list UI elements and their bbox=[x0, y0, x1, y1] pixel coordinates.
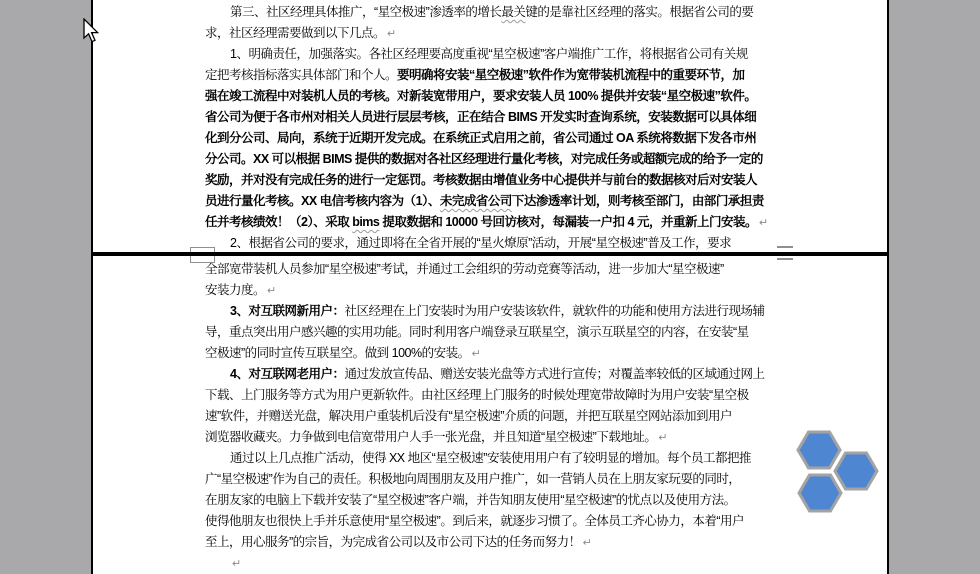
text-line[interactable]: 定把考核指标落实具体部门和个人。要明确将安装“星空极速”软件作为宽带装机流程中的… bbox=[205, 65, 790, 86]
text-line[interactable]: 强在竣工流程中对装机人员的考核。对新装宽带用户，要求安装人员 100% 提供并安… bbox=[205, 86, 790, 107]
text-run: 2、根据省公司的要求，通过即将在全省开展的“星火燎原”活动，开展“星空极速”普及… bbox=[230, 236, 731, 250]
text-line[interactable]: 通过以上几点推广活动，使得 XX 地区“星空极速”安装使用用户有了较明显的增加。… bbox=[205, 448, 790, 469]
text-line[interactable]: 使得他朋友也很快上手并乐意使用“星空极速”。到后来，就逐步习惯了。全体员工齐心协… bbox=[205, 511, 790, 532]
text-run: 省公司为便于各市州对相关人员进行层层考核，正在结合 BIMS 开发实时查询系统，… bbox=[205, 110, 756, 124]
spellcheck-flagged-text: 未完成省公司 bbox=[440, 194, 512, 208]
text-line[interactable]: 奖励，并对没有完成任务的进行一定惩罚。考核数据由增值业务中心提供并与前台的数据核… bbox=[205, 170, 790, 191]
text-run: 化到分公司、局向，系统于近期开发完成。在系统正式启用之前，省公司通过 OA 系统… bbox=[205, 131, 756, 145]
paragraph-mark-icon: ↵ bbox=[387, 28, 396, 40]
spellcheck-flagged-text: 最关 bbox=[501, 5, 525, 19]
paragraph-mark-icon: ↵ bbox=[232, 558, 241, 570]
text-line[interactable]: 全部宽带装机人员参加“星空极速”考试，并通过工会组织的劳动竞赛等活动，进一步加大… bbox=[205, 259, 790, 280]
margin-crop-mark-right-bottom bbox=[777, 258, 793, 260]
text-run: 速”软件，并赠送光盘，解决用户重装机后没有“星空极速”介质的问题，并把互联星空网… bbox=[205, 409, 732, 423]
text-line[interactable]: 至上，用心服务”的宗旨，为完成省公司以及市公司下达的任务而努力！↵ bbox=[205, 532, 790, 553]
text-run: 4、对互联网老用户： bbox=[230, 367, 344, 381]
text-line[interactable]: 浏览器收藏夹。力争做到电信宽带用户人手一张光盘，并且知道“星空极速”下载地址。↵ bbox=[205, 427, 790, 448]
paragraph-mark-icon: ↵ bbox=[658, 432, 667, 444]
text-run: 要明确将安装“星空极速”软件作为宽带装机流程中的重要环节，加 bbox=[397, 68, 745, 82]
text-run: 至上，用心服务”的宗旨，为完成省公司以及市公司下达的任务而努力！ bbox=[205, 535, 581, 549]
text-run: 安装力度。 bbox=[205, 283, 265, 297]
paragraph-mark-icon: ↵ bbox=[759, 217, 768, 229]
text-line[interactable]: 安装力度。↵ bbox=[205, 280, 790, 301]
paragraph-mark-icon: ↵ bbox=[583, 537, 592, 549]
text-line[interactable]: ↵ bbox=[205, 553, 790, 574]
text-run: 键的是靠社区经理的落实。根据省公司的要 bbox=[525, 5, 753, 19]
text-run: 求，社区经理需要做到以下几点。 bbox=[205, 26, 385, 40]
text-run: 空极速”的同时宣传互联星空。做到 100%的安装。 bbox=[205, 346, 470, 360]
text-line[interactable]: 化到分公司、局向，系统于近期开发完成。在系统正式启用之前，省公司通过 OA 系统… bbox=[205, 128, 790, 149]
spellcheck-flagged-text: bims bbox=[352, 215, 379, 229]
text-run: 使得他朋友也很快上手并乐意使用“星空极速”。到后来，就逐步习惯了。全体员工齐心协… bbox=[205, 514, 744, 528]
text-run: 定把考核指标落实具体部门和个人。 bbox=[205, 68, 397, 82]
text-line[interactable]: 任并考核绩效！（2）、采取 bims 提取数据和 10000 号回访核对，每漏装… bbox=[205, 212, 790, 233]
text-line[interactable]: 在朋友家的电脑上下载并安装了“星空极速”客户端，并告知朋友使用“星空极速”的忧点… bbox=[205, 490, 790, 511]
hexagon-icon[interactable] bbox=[835, 453, 877, 489]
word-processor-workspace: 第三、社区经理具体推广，“星空极速”渗透率的增长最关键的是靠社区经理的落实。根据… bbox=[0, 0, 980, 574]
page-border-right bbox=[887, 0, 889, 574]
text-line[interactable]: 省公司为便于各市州对相关人员进行层层考核，正在结合 BIMS 开发实时查询系统，… bbox=[205, 107, 790, 128]
hexagon-shapes-graphic[interactable] bbox=[792, 426, 886, 518]
margin-crop-mark-right-top bbox=[777, 246, 793, 248]
text-line[interactable]: 导，重点突出用户感兴趣的实用功能。同时利用客户端登录互联星空，演示互联星空的内容… bbox=[205, 322, 790, 343]
text-run: 全部宽带装机人员参加“星空极速”考试，并通过工会组织的劳动竞赛等活动，进一步加大… bbox=[205, 262, 724, 276]
text-run: 3、对互联网新用户： bbox=[230, 304, 344, 318]
paragraph-mark-icon: ↵ bbox=[472, 348, 481, 360]
text-run: 奖励，并对没有完成任务的进行一定惩罚。考核数据由增值业务中心提供并与前台的数据核… bbox=[205, 173, 757, 187]
text-run: 在朋友家的电脑上下载并安装了“星空极速”客户端，并告知朋友使用“星空极速”的忧点… bbox=[205, 493, 736, 507]
paragraph-mark-icon: ↵ bbox=[267, 285, 276, 297]
text-line[interactable]: 下载、上门服务等方式为用户更新软件。由社区经理上门服务的时候处理宽带故障时为用户… bbox=[205, 385, 790, 406]
text-line[interactable]: 2、根据省公司的要求，通过即将在全省开展的“星火燎原”活动，开展“星空极速”普及… bbox=[205, 233, 790, 254]
hexagon-icon[interactable] bbox=[799, 475, 841, 511]
text-run: 导，重点突出用户感兴趣的实用功能。同时利用客户端登录互联星空，演示互联星空的内容… bbox=[205, 325, 749, 339]
text-line[interactable]: 1、明确责任，加强落实。各社区经理要高度重视“星空极速”客户端推广工作，将根据省… bbox=[205, 44, 790, 65]
mouse-cursor-icon bbox=[83, 18, 101, 46]
text-run: 通过发放宣传品、赠送安装光盘等方式进行宣传；对覆盖率较低的区域通过网上 bbox=[344, 367, 764, 381]
text-run: 下达渗透率计划，则考核至部门，由部门承担责 bbox=[512, 194, 764, 208]
text-run: 1、明确责任，加强落实。各社区经理要高度重视“星空极速”客户端推广工作，将根据省… bbox=[230, 47, 748, 61]
text-run: 强在竣工流程中对装机人员的考核。对新装宽带用户，要求安装人员 100% 提供并安… bbox=[205, 89, 756, 103]
text-run: 员进行量化考核。XX 电信考核内容为（1）、 bbox=[205, 194, 440, 208]
page-border-left bbox=[91, 0, 93, 574]
text-run: 浏览器收藏夹。力争做到电信宽带用户人手一张光盘，并且知道“星空极速”下载地址。 bbox=[205, 430, 656, 444]
text-line[interactable]: 广“星空极速”作为自己的责任。积极地向周围朋友及用户推广，如一营销人员在上朋友家… bbox=[205, 469, 790, 490]
text-run: 社区经理在上门安装时为用户安装该软件，就软件的功能和使用方法进行现场辅 bbox=[344, 304, 764, 318]
text-line[interactable]: 求，社区经理需要做到以下几点。↵ bbox=[205, 23, 790, 44]
text-run: 任并考核绩效！（2）、采取 bbox=[205, 215, 352, 229]
hexagon-icon[interactable] bbox=[798, 432, 840, 468]
text-run: 通过以上几点推广活动，使得 XX 地区“星空极速”安装使用用户有了较明显的增加。… bbox=[230, 451, 751, 465]
page-1-text[interactable]: 第三、社区经理具体推广，“星空极速”渗透率的增长最关键的是靠社区经理的落实。根据… bbox=[205, 2, 790, 254]
page-2-text[interactable]: 全部宽带装机人员参加“星空极速”考试，并通过工会组织的劳动竞赛等活动，进一步加大… bbox=[205, 259, 790, 574]
text-line[interactable]: 3、对互联网新用户：社区经理在上门安装时为用户安装该软件，就软件的功能和使用方法… bbox=[205, 301, 790, 322]
text-run: 提取数据和 10000 号回访核对，每漏装一户扣 4 元，并重新上门安装。 bbox=[379, 215, 757, 229]
text-line[interactable]: 员进行量化考核。XX 电信考核内容为（1）、未完成省公司下达渗透率计划，则考核至… bbox=[205, 191, 790, 212]
text-line[interactable]: 空极速”的同时宣传互联星空。做到 100%的安装。↵ bbox=[205, 343, 790, 364]
text-run: 分公司。XX 可以根据 BIMS 提供的数据对各社区经理进行量化考核，对完成任务… bbox=[205, 152, 763, 166]
text-line[interactable]: 速”软件，并赠送光盘，解决用户重装机后没有“星空极速”介质的问题，并把互联星空网… bbox=[205, 406, 790, 427]
text-run: 第三、社区经理具体推广，“星空极速”渗透率的增长 bbox=[230, 5, 501, 19]
text-line[interactable]: 第三、社区经理具体推广，“星空极速”渗透率的增长最关键的是靠社区经理的落实。根据… bbox=[205, 2, 790, 23]
page-break-line bbox=[91, 252, 889, 256]
text-run: 广“星空极速”作为自己的责任。积极地向周围朋友及用户推广，如一营销人员在上朋友家… bbox=[205, 472, 740, 486]
text-line[interactable]: 分公司。XX 可以根据 BIMS 提供的数据对各社区经理进行量化考核，对完成任务… bbox=[205, 149, 790, 170]
text-line[interactable]: 4、对互联网老用户：通过发放宣传品、赠送安装光盘等方式进行宣传；对覆盖率较低的区… bbox=[205, 364, 790, 385]
text-run: 下载、上门服务等方式为用户更新软件。由社区经理上门服务的时候处理宽带故障时为用户… bbox=[205, 388, 749, 402]
